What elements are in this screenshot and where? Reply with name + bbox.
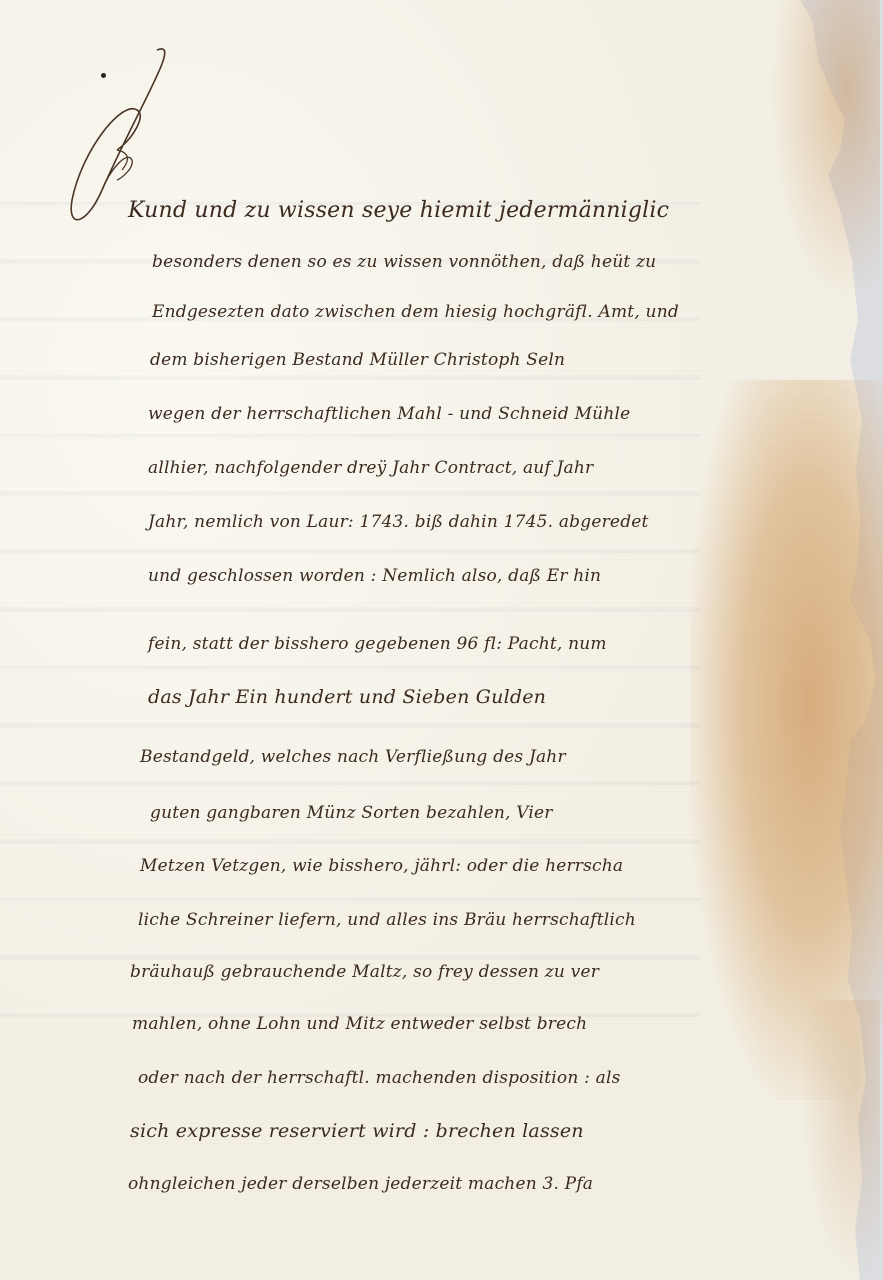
text-line-13: Metzen Vetzgen, wie bisshero, jährl: ode… — [140, 856, 623, 876]
text-line-4: dem bisherigen Bestand Müller Christoph … — [150, 350, 565, 370]
text-line-3: Endgesezten dato zwischen dem hiesig hoc… — [152, 302, 679, 322]
manuscript-text: Kund und zu wissen seye hiemit jedermänn… — [0, 0, 883, 1280]
manuscript-scan: Kund und zu wissen seye hiemit jedermänn… — [0, 0, 883, 1280]
text-line-16: mahlen, ohne Lohn und Mitz entweder selb… — [132, 1014, 587, 1034]
text-line-10: das Jahr Ein hundert und Sieben Gulden — [148, 686, 546, 708]
text-line-1: Kund und zu wissen seye hiemit jedermänn… — [128, 198, 669, 223]
text-line-15: bräuhauß gebrauchende Maltz, so frey des… — [130, 962, 599, 982]
text-line-12: guten gangbaren Münz Sorten bezahlen, Vi… — [150, 803, 553, 823]
text-line-2: besonders denen so es zu wissen vonnöthe… — [152, 252, 656, 272]
text-line-18: sich expresse reserviert wird : brechen … — [130, 1120, 584, 1142]
text-line-9: fein, statt der bisshero gegebenen 96 fl… — [148, 634, 607, 654]
text-line-6: allhier, nachfolgender dreÿ Jahr Contrac… — [148, 458, 593, 478]
text-line-19: ohngleichen jeder derselben jederzeit ma… — [128, 1174, 593, 1194]
text-line-14: liche Schreiner liefern, und alles ins B… — [138, 910, 636, 930]
text-line-5: wegen der herrschaftlichen Mahl - und Sc… — [148, 404, 630, 424]
text-line-8: und geschlossen worden : Nemlich also, d… — [148, 566, 601, 586]
text-line-17: oder nach der herrschaftl. machenden dis… — [138, 1068, 621, 1088]
text-line-11: Bestandgeld, welches nach Verfließung de… — [140, 747, 566, 767]
text-line-7: Jahr, nemlich von Laur: 1743. biß dahin … — [148, 512, 649, 532]
